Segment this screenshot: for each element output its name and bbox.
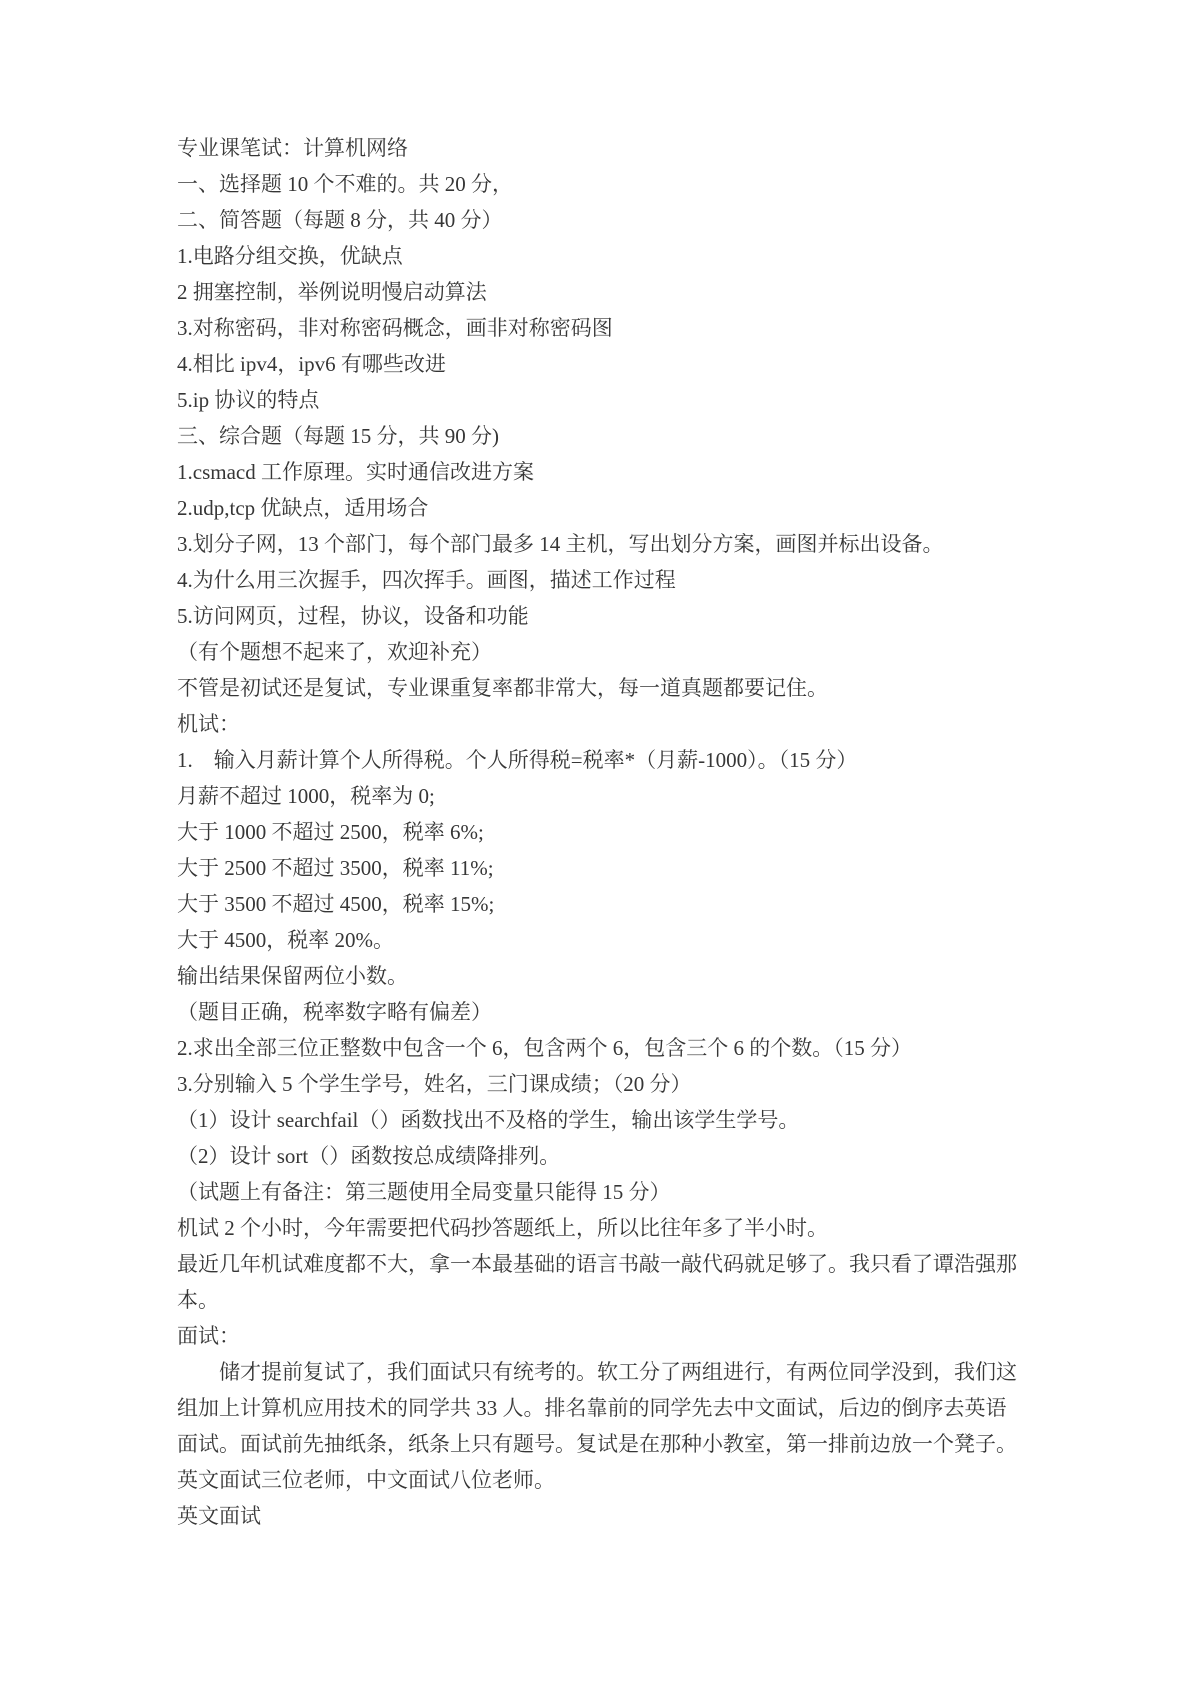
text-line: 大于 3500 不超过 4500，税率 15%; [177,886,1037,922]
text-line: 面试。面试前先抽纸条，纸条上只有题号。复试是在那种小教室，第一排前边放一个凳子。 [177,1426,1037,1462]
text-line: 机试： [177,706,1037,742]
text-line: 英文面试 [177,1498,1037,1534]
text-line: 三、综合题（每题 15 分，共 90 分) [177,418,1037,454]
text-line: 1.csmacd 工作原理。实时通信改进方案 [177,454,1037,490]
text-line: 月薪不超过 1000，税率为 0; [177,778,1037,814]
text-line: 2 拥塞控制，举例说明慢启动算法 [177,274,1037,310]
text-line: 本。 [177,1282,1037,1318]
text-line: 3.划分子网，13 个部门，每个部门最多 14 主机，写出划分方案，画图并标出设… [177,526,1037,562]
text-line: 输出结果保留两位小数。 [177,958,1037,994]
text-line: 组加上计算机应用技术的同学共 33 人。排名靠前的同学先去中文面试，后边的倒序去… [177,1390,1037,1426]
text-line: 1.电路分组交换，优缺点 [177,238,1037,274]
text-line: 二、简答题（每题 8 分，共 40 分） [177,202,1037,238]
text-line: 大于 2500 不超过 3500，税率 11%; [177,850,1037,886]
document-page: 专业课笔试：计算机网络一、选择题 10 个不难的。共 20 分，二、简答题（每题… [0,0,1190,1683]
text-line: 5.访问网页，过程，协议，设备和功能 [177,598,1037,634]
text-line: 最近几年机试难度都不大，拿一本最基础的语言书敲一敲代码就足够了。我只看了谭浩强那 [177,1246,1037,1282]
text-line: 大于 4500，税率 20%。 [177,922,1037,958]
text-line: 储才提前复试了，我们面试只有统考的。软工分了两组进行，有两位同学没到，我们这 [177,1354,1037,1390]
text-line: 3.对称密码，非对称密码概念，画非对称密码图 [177,310,1037,346]
text-line: 机试 2 个小时，今年需要把代码抄答题纸上，所以比往年多了半小时。 [177,1210,1037,1246]
text-line: 2.求出全部三位正整数中包含一个 6，包含两个 6，包含三个 6 的个数。（15… [177,1030,1037,1066]
text-line: （题目正确，税率数字略有偏差） [177,994,1037,1030]
text-line: 5.ip 协议的特点 [177,382,1037,418]
text-line: （1）设计 searchfail（）函数找出不及格的学生，输出该学生学号。 [177,1102,1037,1138]
text-line: 2.udp,tcp 优缺点，适用场合 [177,490,1037,526]
text-line: （有个题想不起来了，欢迎补充） [177,634,1037,670]
text-line: 面试： [177,1318,1037,1354]
text-line: 1. 输入月薪计算个人所得税。个人所得税=税率*（月薪-1000）。（15 分） [177,742,1037,778]
text-line: 4.为什么用三次握手，四次挥手。画图，描述工作过程 [177,562,1037,598]
text-line: 3.分别输入 5 个学生学号，姓名，三门课成绩；（20 分） [177,1066,1037,1102]
document-text-block: 专业课笔试：计算机网络一、选择题 10 个不难的。共 20 分，二、简答题（每题… [177,130,1037,1534]
text-line: （2）设计 sort（）函数按总成绩降排列。 [177,1138,1037,1174]
text-line: 大于 1000 不超过 2500，税率 6%; [177,814,1037,850]
text-line: 4.相比 ipv4，ipv6 有哪些改进 [177,346,1037,382]
text-line: （试题上有备注：第三题使用全局变量只能得 15 分） [177,1174,1037,1210]
text-line: 不管是初试还是复试，专业课重复率都非常大，每一道真题都要记住。 [177,670,1037,706]
text-line: 一、选择题 10 个不难的。共 20 分， [177,166,1037,202]
text-line: 英文面试三位老师，中文面试八位老师。 [177,1462,1037,1498]
text-line: 专业课笔试：计算机网络 [177,130,1037,166]
